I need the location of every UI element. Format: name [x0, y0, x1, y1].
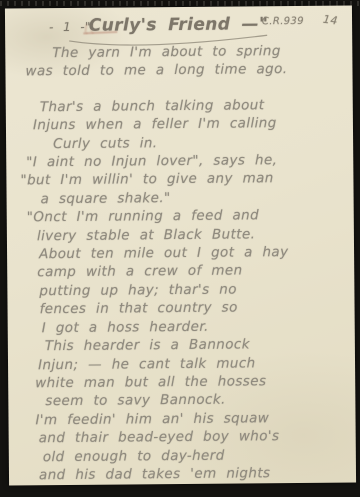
manuscript-body: The yarn I'm about to spring was told to…	[5, 41, 356, 484]
manuscript-paper: - 1 -" Curly's Friend —" C.R.939 14 The …	[5, 5, 356, 485]
manuscript-line: and his dad takes 'em nights	[39, 463, 356, 484]
page-number-right: 14	[322, 13, 338, 28]
page-header: - 1 -" Curly's Friend —" C.R.939 14	[5, 13, 352, 44]
reference-code: C.R.939	[262, 16, 304, 27]
scanned-manuscript-page: - 1 -" Curly's Friend —" C.R.939 14 The …	[0, 0, 360, 497]
